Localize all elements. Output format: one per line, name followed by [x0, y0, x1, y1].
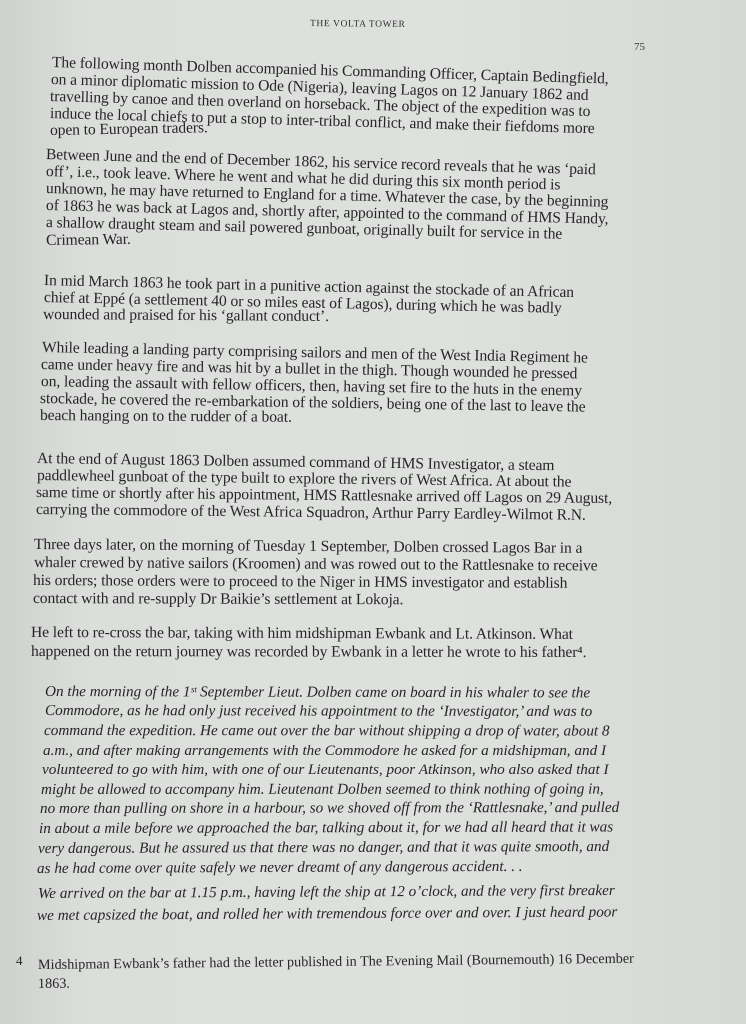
quote-line: We arrived on the bar at 1.15 p.m., havi… [38, 882, 640, 902]
text-line: his orders; those orders were to proceed… [33, 572, 652, 592]
text-line: happened on the return journey was recor… [31, 643, 657, 661]
quote-line: command the expedition. He came out over… [44, 722, 639, 740]
text-line: open to European traders. [50, 119, 208, 139]
footnote-number: 4 [16, 953, 23, 969]
quote-line: Commodore, as he had only just received … [45, 702, 639, 720]
quote-line: as he had come over quite safely we neve… [37, 858, 523, 877]
text-line: He left to re-cross the bar, taking with… [31, 624, 655, 643]
quote-line: a.m., and after making arrangements with… [43, 742, 639, 759]
text-line: beach hanging on to the rudder of a boat… [40, 407, 292, 426]
footnote-text-line: 1863. [38, 976, 70, 993]
text-line: Crimean War. [46, 231, 131, 249]
quote-line: On the morning of the 1ˢᵗ September Lieu… [45, 683, 639, 702]
quote-line: might be allowed to accompany him. Lieut… [41, 780, 639, 798]
text-line: contact with and re-supply Dr Baikie’s s… [33, 590, 403, 608]
text-line: wounded and praised for his ‘gallant con… [43, 306, 329, 325]
quote-line: we met capsized the boat, and rolled her… [37, 903, 640, 924]
quote-line: volunteered to go with him, with one of … [42, 761, 639, 778]
footnote-text-line: Midshipman Ewbank’s father had the lette… [38, 951, 658, 974]
book-page: THE VOLTA TOWER 75 The following month D… [0, 0, 746, 1024]
quote-line: no more than pulling on shore in a harbo… [40, 799, 639, 817]
quote-line: in about a mile before we approached the… [39, 818, 639, 837]
quote-line: very dangerous. But he assured us that t… [38, 838, 639, 857]
page-number: 75 [634, 41, 645, 53]
running-head: THE VOLTA TOWER [310, 19, 406, 30]
